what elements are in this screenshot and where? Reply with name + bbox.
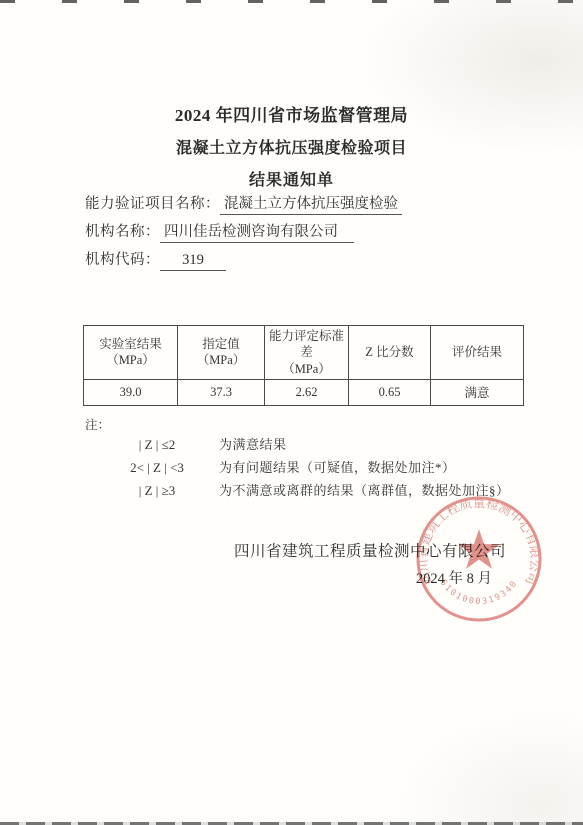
results-table: 实验室结果 （MPa） 指定值 （MPa） 能力评定标准差 （MPa） Z 比分… (83, 325, 524, 406)
note-description-1: 为满意结果 (219, 437, 287, 452)
cell-evaluation: 满意 (431, 379, 524, 405)
document-title-line-2: 混凝土立方体抗压强度检验项目 (0, 135, 583, 158)
note-condition-2: 2< | Z | <3 (101, 460, 213, 475)
document-page: 2024 年四川省市场监督管理局 混凝土立方体抗压强度检验项目 结果通知单 能力… (0, 0, 583, 825)
svg-text:5101000319340: 5101000319340 (438, 578, 520, 607)
note-row-satisfactory: | Z | ≤2 为满意结果 (85, 437, 510, 452)
header-lab-result: 实验室结果 （MPa） (84, 326, 178, 380)
header-std-deviation: 能力评定标准差 （MPa） (265, 326, 349, 380)
header-evaluation-title: 评价结果 (432, 344, 522, 360)
header-std-deviation-unit: （MPa） (266, 361, 347, 377)
header-assigned-value: 指定值 （MPa） (178, 326, 265, 380)
header-assigned-value-title: 指定值 (179, 336, 263, 352)
cell-std-deviation: 2.62 (265, 379, 349, 405)
scan-noise-bottom-right (373, 695, 583, 825)
document-title-line-1: 2024 年四川省市场监督管理局 (0, 101, 583, 126)
document-title-line-3: 结果通知单 (0, 167, 583, 190)
field-organization-name: 机构名称：四川佳岳检测咨询有限公司 (85, 220, 354, 243)
organization-code-label: 机构代码： (85, 252, 160, 268)
official-seal-stamp: 四川省建筑工程质量检测中心有限公司 5101000319340 (409, 489, 549, 629)
header-z-score-title: Z 比分数 (350, 344, 429, 360)
notes-label: 注： (85, 415, 510, 433)
header-evaluation: 评价结果 (431, 326, 524, 380)
field-organization-code: 机构代码：319 (85, 248, 226, 271)
cell-lab-result: 39.0 (84, 379, 178, 405)
header-assigned-value-unit: （MPa） (179, 352, 263, 368)
note-condition-3: | Z | ≥3 (101, 483, 213, 498)
header-lab-result-unit: （MPa） (85, 352, 176, 368)
field-project-name: 能力验证项目名称：混凝土立方体抗压强度检验 (85, 192, 402, 215)
project-name-label: 能力验证项目名称： (85, 196, 220, 212)
note-row-questionable: 2< | Z | <3 为有问题结果（可疑值，数据处加注*） (85, 460, 510, 475)
organization-code-value: 319 (160, 252, 226, 271)
seal-code-text: 5101000319340 (438, 578, 520, 607)
project-name-value: 混凝土立方体抗压强度检验 (220, 192, 402, 215)
organization-name-label: 机构名称： (85, 224, 160, 240)
note-condition-1: | Z | ≤2 (101, 437, 213, 452)
seal-star-icon (458, 529, 500, 569)
results-table-header-row: 实验室结果 （MPa） 指定值 （MPa） 能力评定标准差 （MPa） Z 比分… (84, 326, 524, 380)
header-std-deviation-title: 能力评定标准差 (266, 328, 347, 361)
note-description-2: 为有问题结果（可疑值，数据处加注*） (219, 460, 456, 475)
organization-name-value: 四川佳岳检测咨询有限公司 (160, 220, 354, 243)
cell-z-score: 0.65 (349, 379, 431, 405)
header-z-score: Z 比分数 (349, 326, 431, 380)
results-table-data-row: 39.0 37.3 2.62 0.65 满意 (84, 379, 524, 405)
cell-assigned-value: 37.3 (178, 379, 265, 405)
header-lab-result-title: 实验室结果 (85, 336, 176, 352)
